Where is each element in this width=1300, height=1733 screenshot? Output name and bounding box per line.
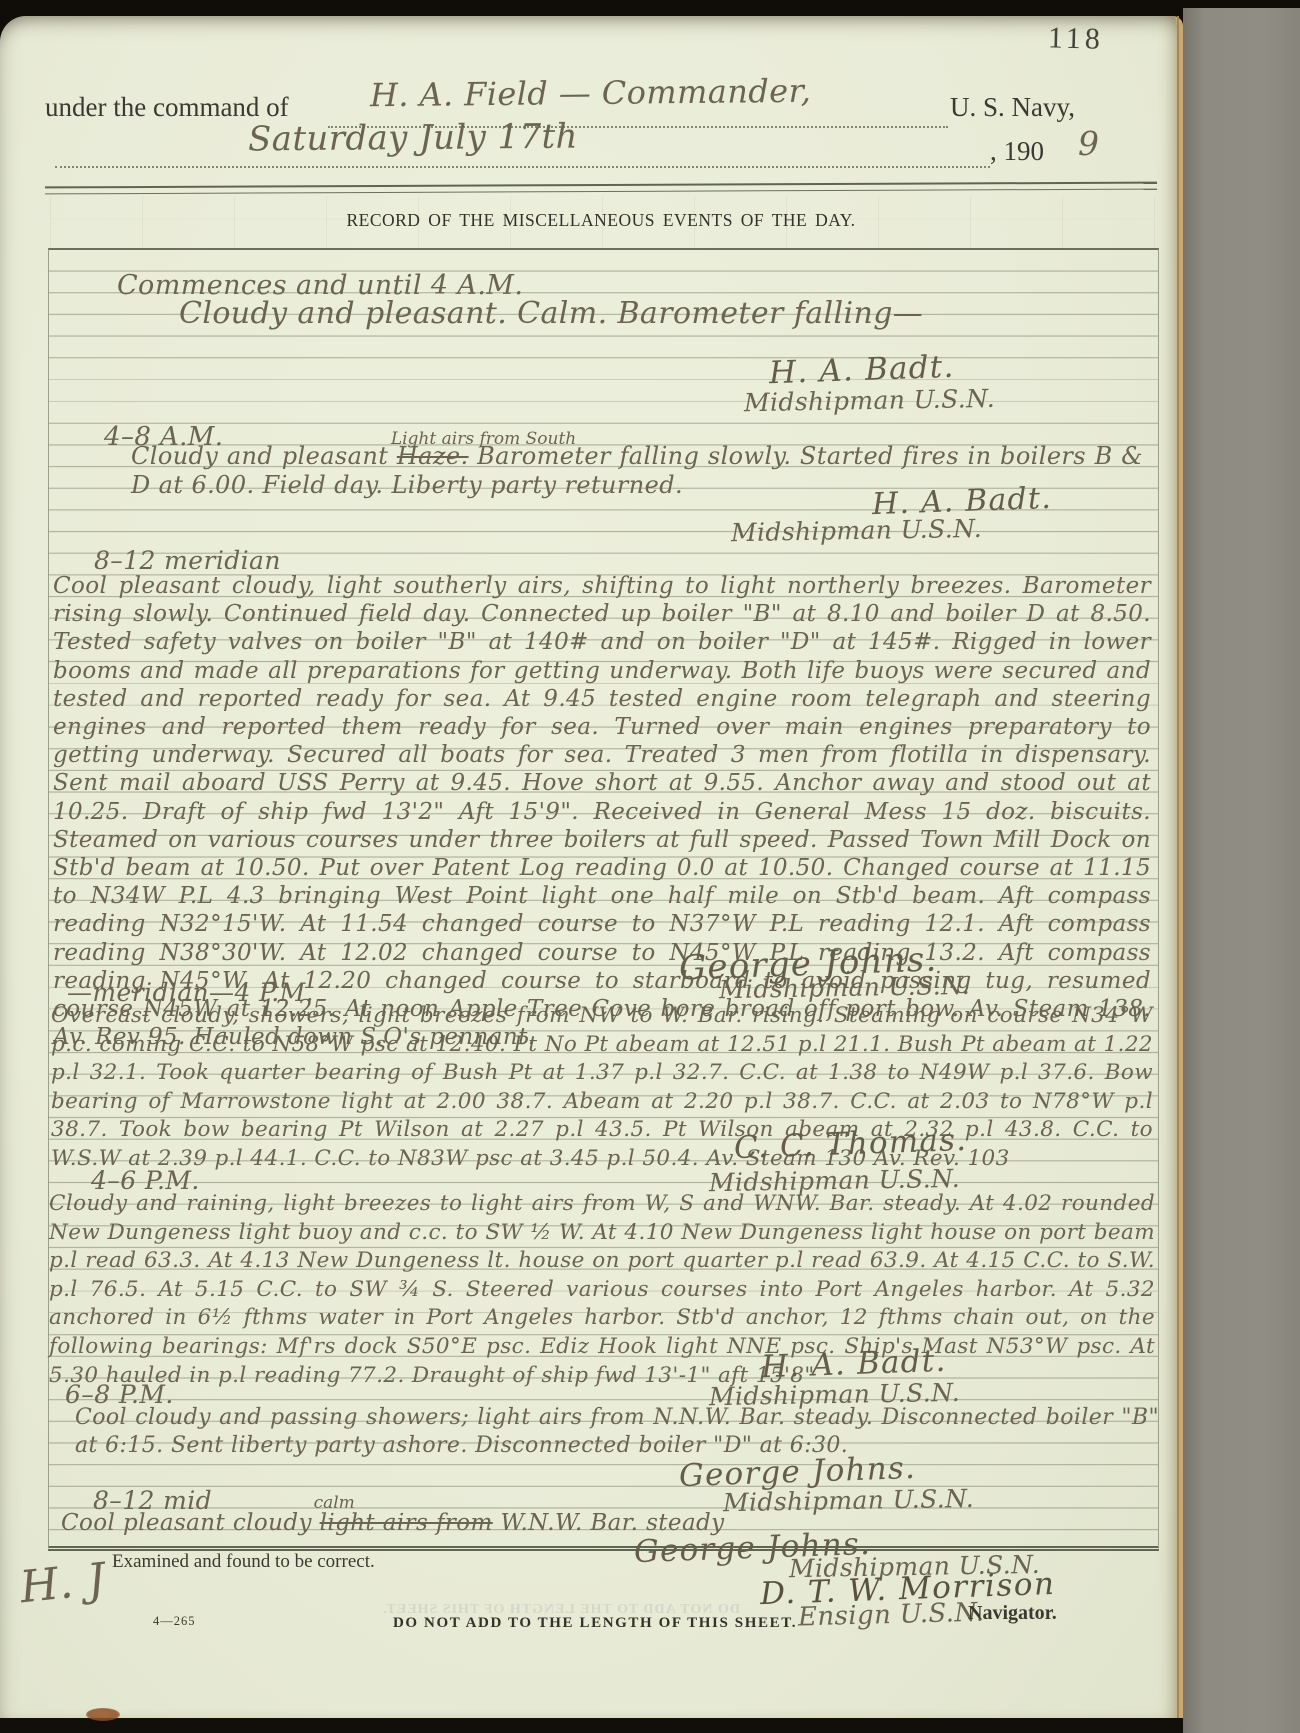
photo-backdrop: [1183, 8, 1300, 1733]
year-digit-handwritten: 9: [1078, 124, 1099, 163]
navy-suffix: U. S. Navy,: [950, 92, 1075, 123]
entry-body: Overcast cloudy, showers, light breezes …: [51, 1002, 1153, 1174]
entry-body: Cool pleasant cloudy calmlight airs from…: [61, 1510, 1061, 1536]
signature-title: Midshipman U.S.N.: [719, 971, 971, 1004]
inserted-text: calm: [314, 1493, 355, 1513]
entry-body: Cloudy and raining, light breezes to lig…: [49, 1190, 1155, 1390]
date-underline: [55, 166, 990, 168]
inserted-text: Light airs from South: [391, 425, 576, 454]
navigator-rank: Ensign U.S.N.: [798, 1598, 985, 1633]
year-printed: , 190: [990, 136, 1044, 167]
entry-heading: 8–12 meridian: [94, 546, 281, 575]
commander-name-handwritten: H. A. Field — Commander,: [370, 72, 812, 115]
command-prefix: under the command of: [45, 92, 289, 123]
photo-of-logbook: 118 under the command of H. A. Field — C…: [0, 0, 1300, 1733]
signature-title: Midshipman U.S.N.: [731, 514, 983, 547]
form-number: 4—265: [153, 1614, 196, 1629]
length-warning: DO NOT ADD TO THE LENGTH OF THIS SHEET.: [393, 1615, 797, 1632]
logbook-page: 118 under the command of H. A. Field — C…: [0, 16, 1183, 1718]
body-text: Cool pleasant cloudy: [61, 1510, 320, 1536]
header-rule: [45, 182, 1157, 195]
log-area: Commences and until 4 A.M. Cloudy and pl…: [48, 248, 1159, 1551]
page-number: 118: [1048, 21, 1105, 56]
struck-text: light airs from: [320, 1510, 493, 1536]
paper-stain: [86, 1708, 120, 1721]
correction: calmlight airs from: [320, 1510, 493, 1536]
entry-body: Cloudy and pleasant. Calm. Barometer fal…: [179, 296, 923, 331]
examiner-initials: H. J: [18, 1554, 108, 1614]
navigator-label: Navigator.: [968, 1602, 1057, 1625]
page-title: RECORD OF THE MISCELLANEOUS EVENTS OF TH…: [45, 210, 1157, 231]
correction: Light airs from SouthHaze.: [397, 442, 469, 470]
body-text: Cloudy and pleasant: [131, 442, 397, 470]
entry-body: Cool cloudy and passing showers; light a…: [75, 1404, 1159, 1459]
date-handwritten: Saturday July 17th: [248, 117, 578, 160]
signature-title: Midshipman U.S.N.: [744, 384, 996, 417]
examined-statement: Examined and found to be correct.: [112, 1551, 375, 1573]
